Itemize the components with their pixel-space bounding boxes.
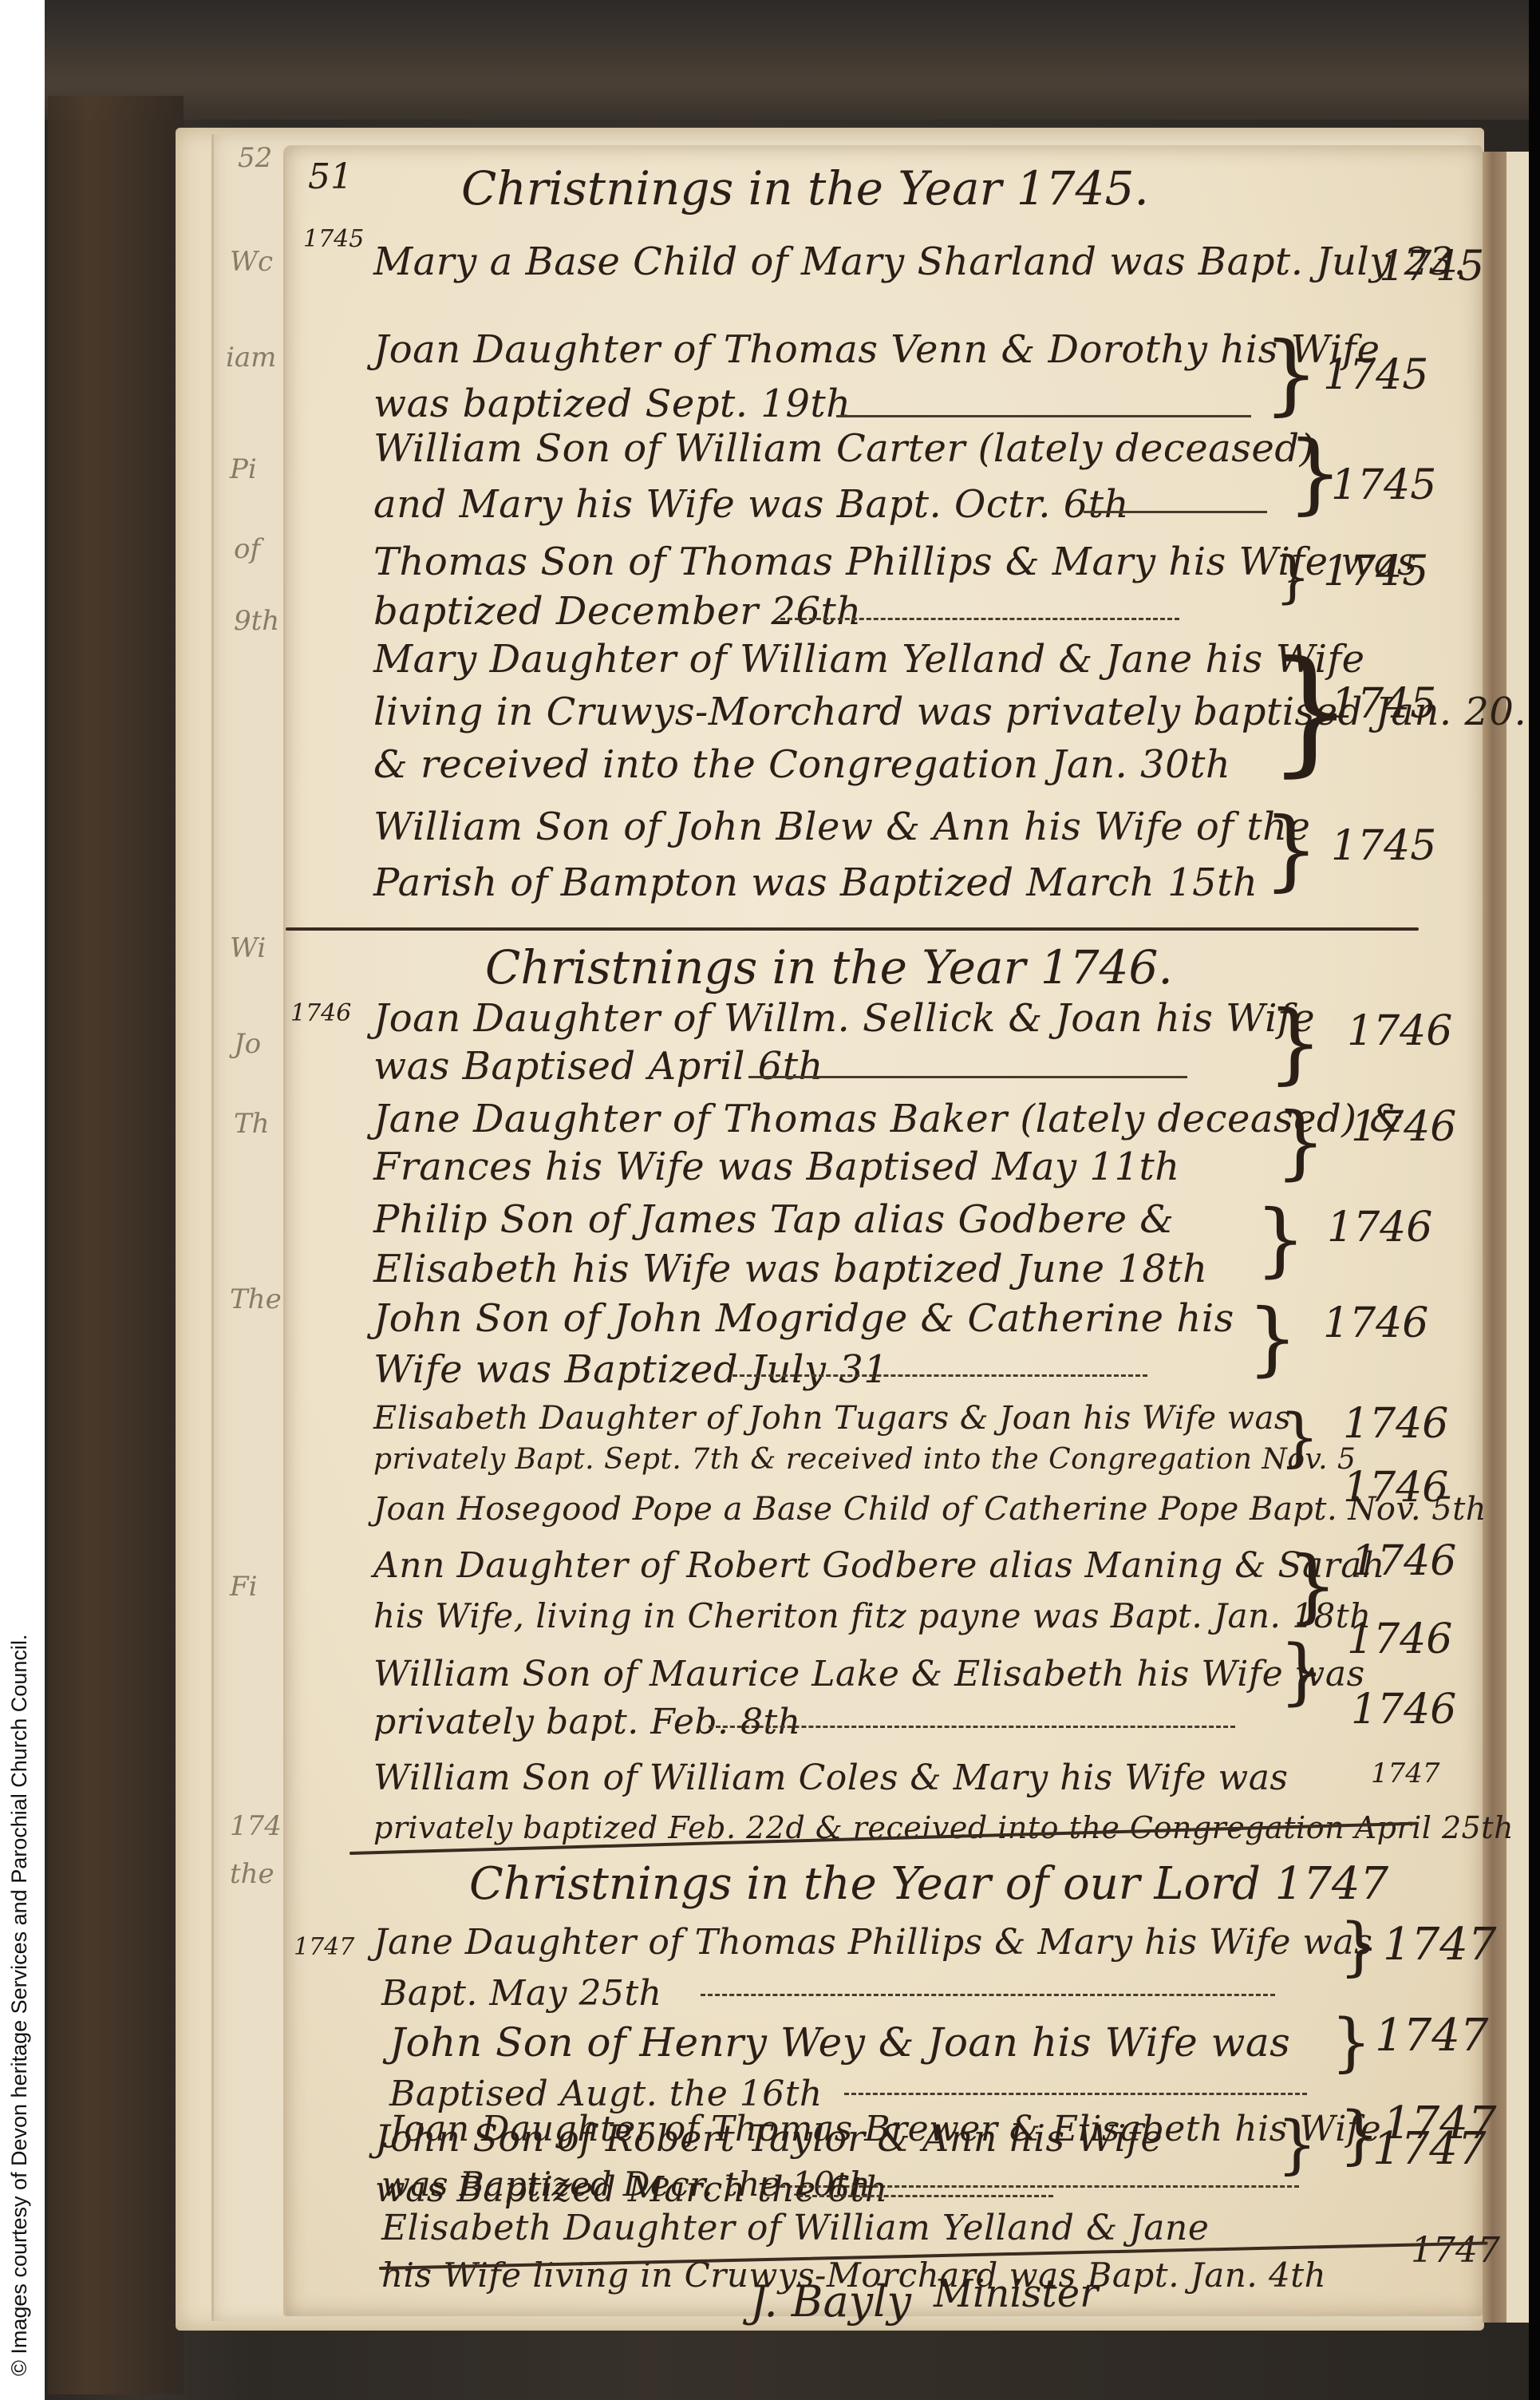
book-cover-top [45, 0, 1540, 120]
entry-year: 1747 [1411, 2230, 1500, 2271]
entry-line: John Son of John Mogridge & Catherine hi… [373, 1296, 1234, 1341]
entry-year: 1746 [1351, 1103, 1456, 1151]
entry-year: 1747 [1383, 1919, 1497, 1971]
underlying-fragment: The [230, 1283, 282, 1315]
entry-line: Wife was Baptized July 31 [373, 1347, 888, 1392]
entry-year: 1745 [1323, 548, 1428, 595]
entry-line: Joan Hosegood Pope a Base Child of Cathe… [373, 1491, 1487, 1528]
entry-line: baptized December 26th [373, 589, 862, 634]
book-spine-worn-leather [48, 96, 184, 2394]
brace: } [1339, 1909, 1380, 1983]
entry-line: William Son of Maurice Lake & Elisabeth … [373, 1654, 1365, 1694]
entry-line: Bapt. May 25th [381, 1973, 662, 2014]
fill-line [748, 1076, 1187, 1078]
underlying-fragment: 9th [234, 605, 279, 637]
brace: } [1331, 2005, 1372, 2079]
entry-year: 1745 [1323, 351, 1428, 399]
entry-year: 1746 [1351, 1537, 1456, 1585]
section-title-1746: Christnings in the Year 1746. [485, 940, 1173, 994]
entry-line: was baptized Sept. 19th [373, 382, 851, 426]
fill-line [701, 1994, 1275, 1996]
entry-line: privately baptized Feb. 22d & received i… [373, 1810, 1514, 1845]
fill-line [844, 2093, 1307, 2095]
copyright-text: © Images courtesy of Devon heritage Serv… [7, 1635, 32, 2376]
brace: } [1247, 1291, 1298, 1385]
section-divider [286, 927, 1419, 931]
entry-line: was Baptised April 6th [373, 1044, 823, 1089]
brace: } [1279, 1630, 1325, 1714]
entry-line: & received into the Congregation Jan. 30… [373, 742, 1230, 787]
entry-year: 1746 [1343, 1464, 1448, 1512]
brace: } [1255, 1192, 1306, 1286]
entry-line: John Son of Henry Wey & Joan his Wife wa… [389, 2019, 1290, 2066]
section-title-1745: Christnings in the Year 1745. [461, 161, 1149, 215]
entry-line: Ann Daughter of Robert Godbere alias Man… [373, 1545, 1385, 1586]
entry-line: Jane Daughter of Thomas Phillips & Mary … [373, 1922, 1372, 1963]
entry-line: Elisabeth Daughter of John Tugars & Joan… [373, 1400, 1291, 1437]
entry-year: 1746 [1347, 1007, 1452, 1055]
entry-line: John Son of Robert Taylor & Ann his Wife [375, 2117, 1163, 2160]
brace: } [1267, 991, 1323, 1093]
entry-line: Thomas Son of Thomas Phillips & Mary his… [373, 540, 1417, 584]
underlying-fragment: of [234, 533, 260, 565]
entry-line: Elisabeth his Wife was baptized June 18t… [373, 1247, 1208, 1291]
entry-year: 1747 [1375, 2010, 1489, 2062]
entry-line: William Son of William Carter (lately de… [373, 426, 1315, 471]
underlying-fragment: Pi [230, 453, 257, 485]
fill-line [798, 2195, 1053, 2197]
entry-line: was Baptized March the 6th [375, 2169, 888, 2210]
entry-line: and Mary his Wife was Bapt. Octr. 6th [373, 482, 1129, 527]
brace: } [1287, 1539, 1338, 1632]
brace: } [1277, 2107, 1317, 2181]
brace: } [1275, 544, 1311, 610]
image-edge [1529, 0, 1540, 2400]
brace: } [1279, 1400, 1320, 1474]
entry-line: Philip Son of James Tap alias Godbere & [373, 1197, 1174, 1242]
fill-line [1084, 511, 1267, 513]
credit-strip: © Images courtesy of Devon heritage Serv… [0, 0, 45, 2400]
entry-line: his Wife, living in Cheriton fitz payne … [373, 1596, 1372, 1635]
entry-year: 1746 [1323, 1299, 1428, 1347]
entry-year: 1746 [1343, 1400, 1448, 1448]
register-page: 51 1745 Christnings in the Year 1745. Ma… [286, 145, 1483, 2316]
facing-page-edge [1506, 152, 1529, 2323]
entry-year-2: 1747 [1371, 1757, 1440, 1789]
entry-year: 1745 [1331, 461, 1436, 509]
fill-line [709, 1726, 1235, 1728]
underlying-fragment: Th [234, 1108, 270, 1140]
entry-year: 1746 [1351, 1686, 1456, 1734]
entry-year: 1745 [1331, 680, 1436, 728]
minister-signature: J. Bayly [750, 2276, 911, 2327]
entry-line: Joan Daughter of Thomas Venn & Dorothy h… [373, 327, 1380, 372]
minister-title: Minister [934, 2271, 1098, 2316]
entry-line: Mary Daughter of William Yelland & Jane … [373, 637, 1365, 682]
margin-year-1746: 1746 [290, 999, 351, 1027]
underlying-fragment: Wi [230, 932, 266, 964]
entry-year: 1746 [1327, 1204, 1432, 1251]
underlying-fragment: Fi [230, 1571, 257, 1603]
brace: } [1263, 798, 1319, 900]
fill-line [836, 415, 1251, 417]
entry-line: privately Bapt. Sept. 7th & received int… [373, 1443, 1356, 1476]
entry-line: Mary a Base Child of Mary Sharland was B… [373, 239, 1466, 284]
entry-line: Jane Daughter of Thomas Baker (lately de… [373, 1097, 1404, 1141]
underlying-fragment: Wc [230, 246, 273, 278]
section-title-1747: Christnings in the Year of our Lord 1747 [469, 1858, 1388, 1910]
entry-line: Joan Daughter of Willm. Sellick & Joan h… [373, 996, 1315, 1041]
brace: } [1275, 1095, 1326, 1188]
underlying-fragment: the [230, 1858, 274, 1890]
entry-year: 1746 [1347, 1615, 1452, 1663]
entry-line: Parish of Bampton was Baptized March 15t… [373, 860, 1258, 905]
entry-line: Frances his Wife was Baptised May 11th [373, 1145, 1180, 1189]
entry-line: Elisabeth Daughter of William Yelland & … [381, 2208, 1209, 2248]
margin-year-1745: 1745 [303, 225, 364, 253]
fill-line [780, 618, 1179, 620]
entry-year: 1745 [1379, 243, 1484, 291]
entry-line: privately bapt. Feb. 8th [373, 1702, 801, 1742]
entry-line: William Son of John Blew & Ann his Wife … [373, 805, 1310, 849]
fill-line [732, 1374, 1147, 1377]
brace: } [1263, 322, 1319, 425]
entry-year: 1747 [1372, 2123, 1487, 2175]
entry-line: William Son of William Coles & Mary his … [373, 1757, 1289, 1798]
underlying-fragment: Jo [234, 1028, 261, 1060]
page-number: 51 [308, 156, 353, 197]
entry-year: 1745 [1331, 822, 1436, 870]
underlying-fragment: 52 [238, 142, 272, 174]
margin-year-1747: 1747 [294, 1933, 354, 1961]
underlying-fragment: iam [226, 342, 276, 374]
page-gutter [1483, 152, 1506, 2323]
